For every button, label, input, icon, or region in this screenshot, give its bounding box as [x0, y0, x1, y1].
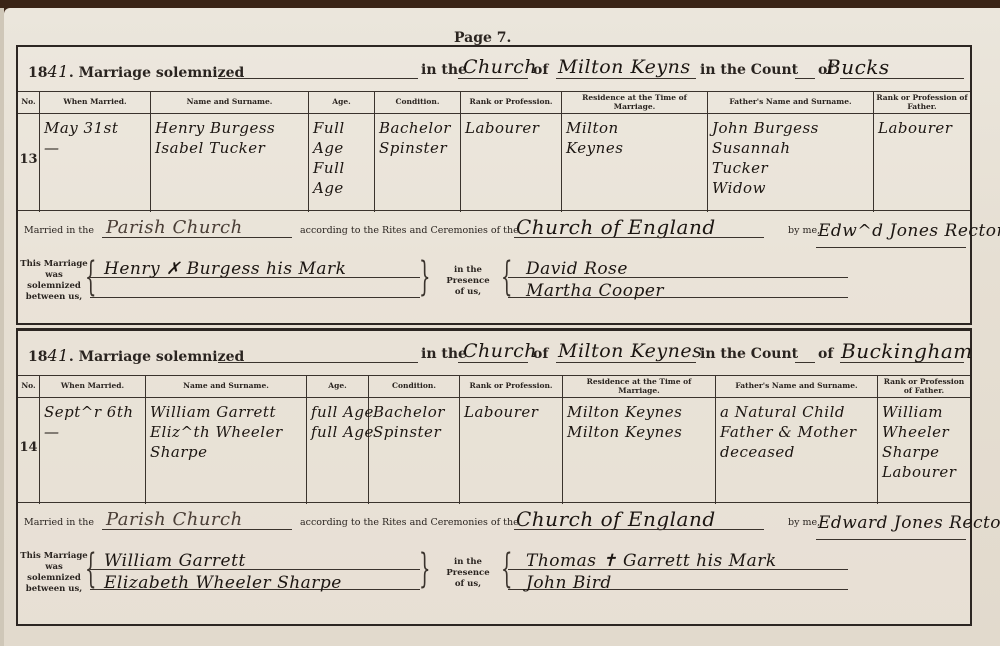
rites-underline: [514, 237, 764, 238]
cell-age-line: Full: [313, 118, 372, 138]
column-header-father_rank: Rank or Profession of Father.: [878, 376, 970, 398]
cell-residence-line: Keynes: [566, 138, 705, 158]
column-condition: Condition.BachelorSpinster: [369, 376, 460, 504]
marriage-entry-14: 1841. Marriage solemnized in the Church …: [16, 328, 972, 626]
cell-age-line: full Age: [311, 422, 366, 442]
column-header-no: No.: [18, 92, 39, 114]
cell-father_name-line: a Natural Child: [720, 402, 875, 422]
count-blank: [795, 362, 815, 363]
blank-line: [218, 362, 418, 363]
entry-table: No.14 When Married.Sept^r 6th— Name and …: [18, 375, 970, 503]
county-underline: [840, 362, 964, 363]
married-in-label: Married in the: [24, 225, 94, 236]
in-presence-label: in thePresenceof us,: [438, 557, 498, 590]
column-header-no: No.: [18, 376, 39, 398]
cell-name-line: Isabel Tucker: [155, 138, 306, 158]
column-father_name: Father's Name and Surname.John BurgessSu…: [708, 92, 874, 212]
party-line-2: [90, 297, 420, 298]
cell-age-line: full Age: [311, 402, 366, 422]
cell-father_name-line: John Burgess: [712, 118, 871, 138]
married-in-underline: [102, 529, 292, 530]
cell-age: FullAgeFullAge: [313, 118, 372, 198]
cell-residence-line: Milton Keynes: [567, 402, 713, 422]
cell-father_name-line: Widow: [712, 178, 871, 198]
witness-signature: Thomas ✝ Garrett his Mark: [526, 551, 777, 571]
right-brace-icon: }: [419, 549, 430, 589]
cell-name-line: Sharpe: [150, 442, 304, 462]
cell-father_rank: Labourer: [878, 118, 968, 138]
party-signature: William Garrett: [104, 551, 246, 571]
column-name: Name and Surname.William GarrettEliz^th …: [146, 376, 307, 504]
cell-when_married-line: —: [44, 422, 143, 442]
year-prefix: 18: [28, 65, 47, 81]
column-age: Age.FullAgeFullAge: [309, 92, 375, 212]
officiant-signature: Edw^d Jones Rector: [818, 221, 1000, 241]
married-in-value: Parish Church: [106, 217, 243, 238]
right-brace-icon: }: [419, 257, 430, 297]
count-blank: [795, 78, 815, 79]
by-me-label: by me,: [788, 517, 820, 528]
according-to-label: according to the Rites and Ceremonies of…: [300, 225, 519, 236]
married-in-label: Married in the: [24, 517, 94, 528]
column-rank: Rank or Profession.Labourer: [460, 376, 563, 504]
cell-name: Henry BurgessIsabel Tucker: [155, 118, 306, 158]
witness-signature: David Rose: [526, 259, 628, 279]
cell-when_married: Sept^r 6th—: [44, 402, 143, 442]
cell-father_rank-line: Labourer: [882, 462, 968, 482]
cell-father_name-line: Tucker: [712, 158, 871, 178]
entry-table: No.13 When Married.May 31st— Name and Su…: [18, 91, 970, 211]
cell-residence-line: Milton: [566, 118, 705, 138]
year-prefix: 18: [28, 349, 47, 365]
column-residence: Residence at the Time of Marriage.Milton…: [562, 92, 708, 212]
cell-condition-line: Bachelor: [379, 118, 458, 138]
column-header-rank: Rank or Profession.: [460, 376, 562, 398]
cell-when_married-line: Sept^r 6th: [44, 402, 143, 422]
column-header-condition: Condition.: [369, 376, 459, 398]
officiant-underline: [816, 539, 966, 540]
cell-rank: Labourer: [465, 118, 559, 138]
in-the-count-label: in the Count: [700, 346, 798, 362]
in-the-count-label: in the Count: [700, 62, 798, 78]
cell-age-line: Age: [313, 178, 372, 198]
column-header-age: Age.: [309, 92, 374, 114]
married-in-value: Parish Church: [106, 509, 243, 530]
entry-number: 14: [18, 440, 39, 455]
of-label: of: [533, 346, 548, 362]
column-father_name: Father's Name and Surname.a Natural Chil…: [716, 376, 878, 504]
marriage-entry-13: 1841. Marriage solemnized in the Church …: [16, 45, 972, 325]
cell-condition: BachelorSpinster: [373, 402, 457, 442]
cell-father_name-line: deceased: [720, 442, 875, 462]
rites-of-value: Church of England: [516, 215, 716, 239]
cell-residence-line: Milton Keynes: [567, 422, 713, 442]
cell-age-line: Age: [313, 138, 372, 158]
cell-father_name: a Natural ChildFather & Motherdeceased: [720, 402, 875, 462]
column-header-when_married: When Married.: [40, 92, 150, 114]
column-header-name: Name and Surname.: [151, 92, 308, 114]
cell-name-line: Eliz^th Wheeler: [150, 422, 304, 442]
cell-father_name-line: Susannah: [712, 138, 871, 158]
column-condition: Condition.BachelorSpinster: [375, 92, 461, 212]
according-to-label: according to the Rites and Ceremonies of…: [300, 517, 519, 528]
entry-title-line: 1841. Marriage solemnized in the Church …: [18, 47, 970, 91]
column-father_rank: Rank or Profession of Father.WilliamWhee…: [878, 376, 970, 504]
in-presence-label: in thePresenceof us,: [438, 265, 498, 298]
column-rank: Rank or Profession.Labourer: [461, 92, 562, 212]
cell-condition-line: Spinster: [379, 138, 458, 158]
cell-rank-line: Labourer: [464, 402, 560, 422]
cell-condition: BachelorSpinster: [379, 118, 458, 158]
party-signature: Elizabeth Wheeler Sharpe: [104, 573, 342, 593]
column-header-residence: Residence at the Time of Marriage.: [563, 376, 715, 398]
cell-father_rank: WilliamWheelerSharpeLabourer: [882, 402, 968, 482]
year-suffix: 41: [47, 62, 68, 81]
cell-father_rank-line: Sharpe: [882, 442, 968, 462]
officiant-signature: Edward Jones Rector: [818, 513, 1000, 533]
column-when_married: When Married.May 31st—: [40, 92, 151, 212]
place-type: Church: [463, 340, 537, 362]
column-header-father_name: Father's Name and Surname.: [708, 92, 873, 114]
column-no: No.13: [18, 92, 40, 212]
column-residence: Residence at the Time of Marriage.Milton…: [563, 376, 716, 504]
parish-name: Milton Keyns: [558, 56, 691, 78]
party-signature: Henry ✗ Burgess his Mark: [104, 259, 346, 279]
cell-when_married-line: —: [44, 138, 148, 158]
column-header-condition: Condition.: [375, 92, 460, 114]
witness-signature: Martha Cooper: [526, 281, 664, 301]
column-no: No.14: [18, 376, 40, 504]
of-label: of: [533, 62, 548, 78]
in-the-label: in the: [421, 346, 467, 362]
cell-rank-line: Labourer: [465, 118, 559, 138]
rites-of-value: Church of England: [516, 507, 716, 531]
column-header-rank: Rank or Profession.: [461, 92, 561, 114]
year-suffix: 41: [47, 346, 68, 365]
blank-line: [218, 78, 418, 79]
cell-age: full Agefull Age: [311, 402, 366, 442]
county-underline: [840, 78, 964, 79]
officiant-underline: [816, 247, 966, 248]
of-county-label: of: [818, 346, 833, 362]
county-name: Buckingham: [841, 339, 973, 363]
column-header-father_name: Father's Name and Surname.: [716, 376, 877, 398]
column-age: Age.full Agefull Age: [307, 376, 369, 504]
this-marriage-label: This Marriagewassolemnizedbetween us,: [18, 551, 90, 595]
cell-condition-line: Bachelor: [373, 402, 457, 422]
column-name: Name and Surname.Henry BurgessIsabel Tuc…: [151, 92, 309, 212]
cell-father_rank-line: Labourer: [878, 118, 968, 138]
parish-name: Milton Keynes: [558, 340, 702, 362]
rites-underline: [514, 529, 764, 530]
column-header-name: Name and Surname.: [146, 376, 306, 398]
column-header-age: Age.: [307, 376, 368, 398]
cell-father_rank-line: Wheeler: [882, 422, 968, 442]
cell-age-line: Full: [313, 158, 372, 178]
cell-residence: Milton KeynesMilton Keynes: [567, 402, 713, 442]
cell-name-line: William Garrett: [150, 402, 304, 422]
entry-number: 13: [18, 152, 39, 167]
entry-title-line: 1841. Marriage solemnized in the Church …: [18, 331, 970, 375]
column-header-father_rank: Rank or Profession of Father.: [874, 92, 970, 114]
cell-father_name-line: Father & Mother: [720, 422, 875, 442]
county-name: Bucks: [826, 55, 890, 79]
place-underline: [458, 78, 528, 79]
witness-signature: John Bird: [526, 573, 612, 593]
column-header-when_married: When Married.: [40, 376, 145, 398]
place-type: Church: [463, 56, 537, 78]
column-father_rank: Rank or Profession of Father.Labourer: [874, 92, 970, 212]
page-number: Page 7.: [454, 30, 511, 46]
cell-father_name: John BurgessSusannahTuckerWidow: [712, 118, 871, 198]
place-underline: [458, 362, 528, 363]
cell-name: William GarrettEliz^th WheelerSharpe: [150, 402, 304, 462]
cell-condition-line: Spinster: [373, 422, 457, 442]
parish-underline: [556, 78, 696, 79]
parish-underline: [556, 362, 696, 363]
cell-rank: Labourer: [464, 402, 560, 422]
cell-residence: MiltonKeynes: [566, 118, 705, 158]
column-when_married: When Married.Sept^r 6th—: [40, 376, 146, 504]
by-me-label: by me,: [788, 225, 820, 236]
cell-when_married: May 31st—: [44, 118, 148, 158]
married-in-underline: [102, 237, 292, 238]
in-the-label: in the: [421, 62, 467, 78]
this-marriage-label: This Marriagewassolemnizedbetween us,: [18, 259, 90, 303]
cell-when_married-line: May 31st: [44, 118, 148, 138]
cell-father_rank-line: William: [882, 402, 968, 422]
column-header-residence: Residence at the Time of Marriage.: [562, 92, 707, 114]
cell-name-line: Henry Burgess: [155, 118, 306, 138]
